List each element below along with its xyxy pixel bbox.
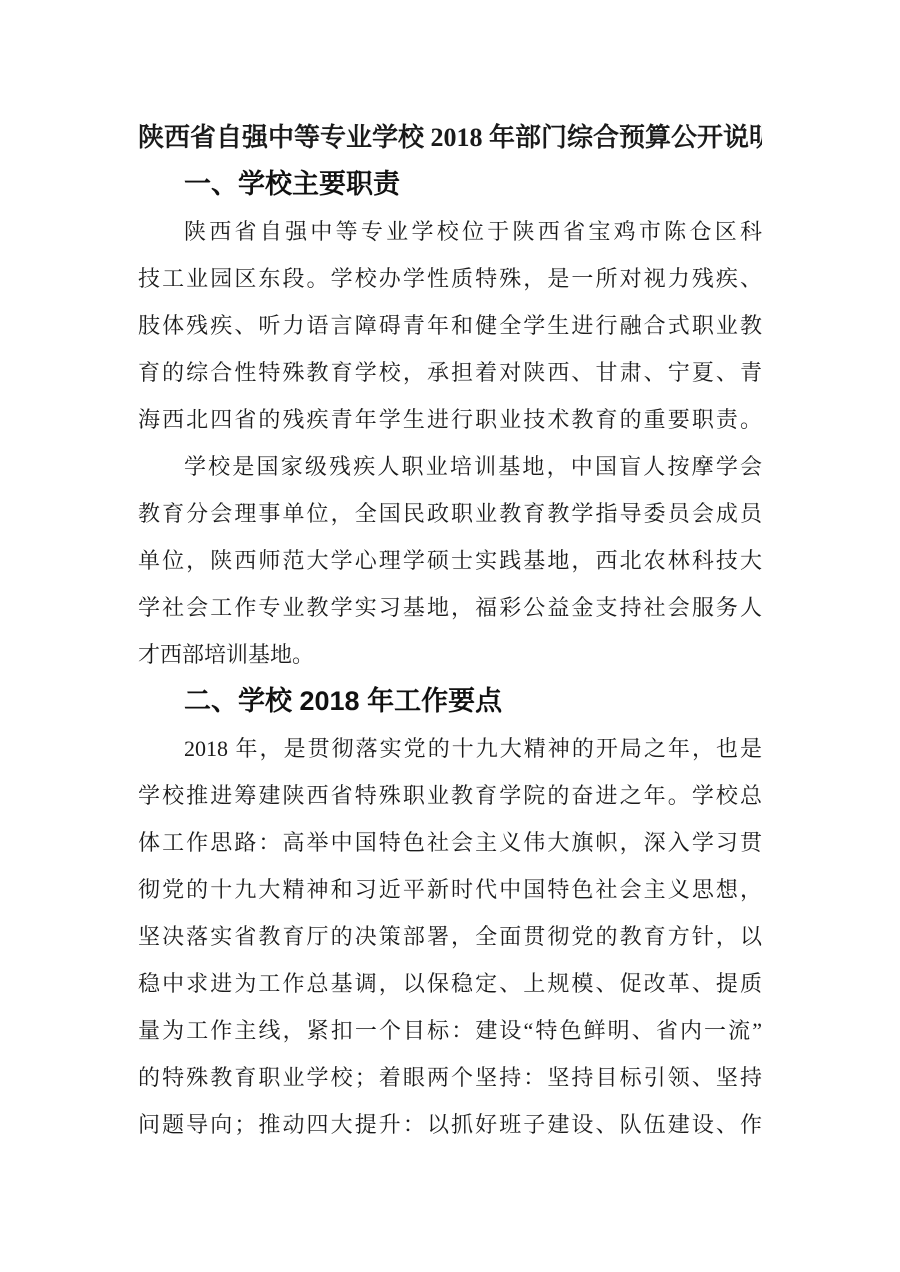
text-line: 的特殊教育职业学校；着眼两个坚持：坚持目标引领、坚持 <box>138 1054 762 1101</box>
document-title: 陕西省自强中等专业学校 2018 年部门综合预算公开说明 <box>138 114 762 161</box>
text-line: 单位，陕西师范大学心理学硕士实践基地，西北农林科技大 <box>138 537 762 584</box>
text-line: 学校是国家级残疾人职业培训基地，中国盲人按摩学会 <box>138 443 762 490</box>
section-heading: 一、学校主要职责 <box>138 161 762 208</box>
text-line: 学社会工作专业教学实习基地，福彩公益金支持社会服务人 <box>138 584 762 631</box>
text-line: 量为工作主线，紧扣一个目标：建设“特色鲜明、省内一流” <box>138 1007 762 1054</box>
text-line: 问题导向；推动四大提升：以抓好班子建设、队伍建设、作 <box>138 1101 762 1148</box>
section-heading: 二、学校 2018 年工作要点 <box>138 678 762 725</box>
text-line: 稳中求进为工作总基调，以保稳定、上规模、促改革、提质 <box>138 960 762 1007</box>
text-line: 坚决落实省教育厅的决策部署，全面贯彻党的教育方针，以 <box>138 913 762 960</box>
text-line: 教育分会理事单位，全国民政职业教育教学指导委员会成员 <box>138 490 762 537</box>
text-line: 学校推进筹建陕西省特殊职业教育学院的奋进之年。学校总 <box>138 772 762 819</box>
text-line: 技工业园区东段。学校办学性质特殊，是一所对视力残疾、 <box>138 255 762 302</box>
document-content: 陕西省自强中等专业学校 2018 年部门综合预算公开说明 一、学校主要职责陕西省… <box>138 114 762 1148</box>
text-line: 肢体残疾、听力语言障碍青年和健全学生进行融合式职业教 <box>138 302 762 349</box>
text-line: 体工作思路：高举中国特色社会主义伟大旗帜，深入学习贯 <box>138 819 762 866</box>
document-page: 陕西省自强中等专业学校 2018 年部门综合预算公开说明 一、学校主要职责陕西省… <box>0 0 900 1272</box>
document-lines: 一、学校主要职责陕西省自强中等专业学校位于陕西省宝鸡市陈仓区科技工业园区东段。学… <box>138 161 762 1148</box>
text-line: 彻党的十九大精神和习近平新时代中国特色社会主义思想， <box>138 866 762 913</box>
text-line: 2018 年，是贯彻落实党的十九大精神的开局之年，也是 <box>138 725 762 772</box>
text-line: 陕西省自强中等专业学校位于陕西省宝鸡市陈仓区科 <box>138 208 762 255</box>
text-line: 才西部培训基地。 <box>138 631 762 678</box>
text-line: 育的综合性特殊教育学校，承担着对陕西、甘肃、宁夏、青 <box>138 349 762 396</box>
text-line: 海西北四省的残疾青年学生进行职业技术教育的重要职责。 <box>138 396 762 443</box>
